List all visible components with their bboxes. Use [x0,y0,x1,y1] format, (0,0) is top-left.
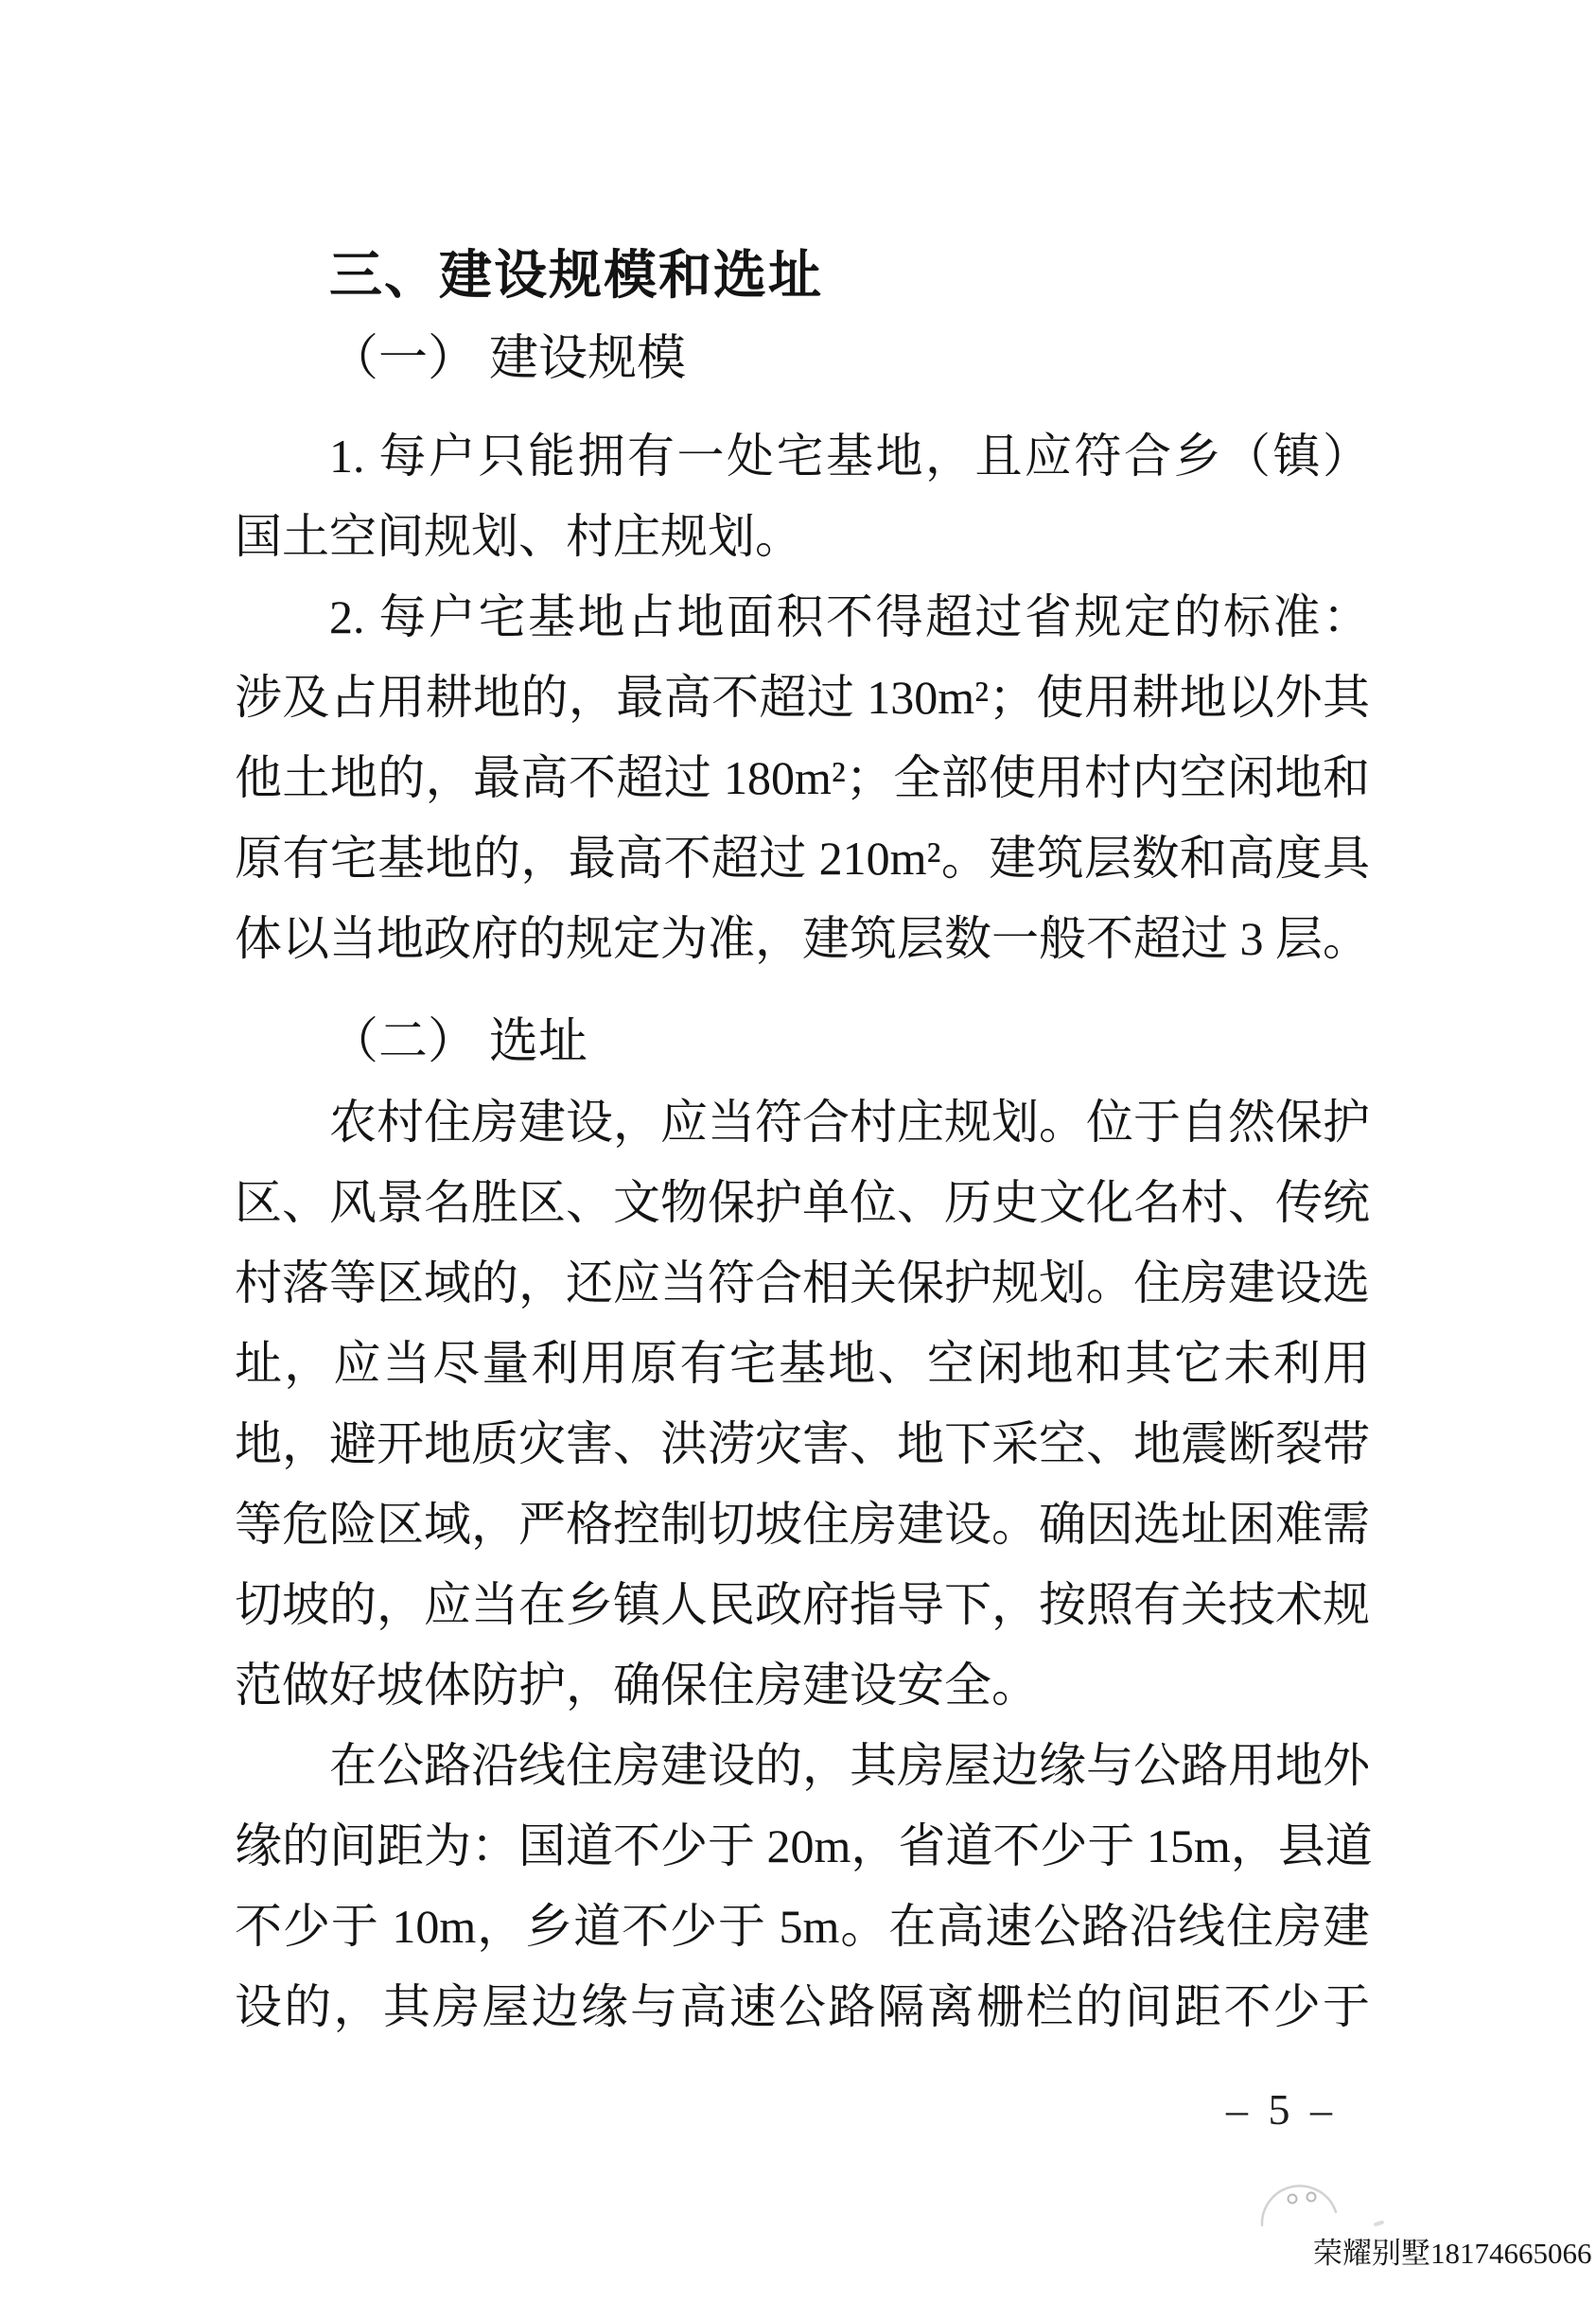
scan-speck [1374,2220,1385,2226]
text-line: 农村住房建设，应当符合村庄规划。位于自然保护 [235,1082,1370,1163]
text-line: 1. 每户只能拥有一处宅基地，且应符合乡（镇） [235,416,1370,497]
text-line: 设的，其房屋边缘与高速公路隔离栅栏的间距不少于 [235,1967,1370,2047]
text-line: 体以当地政府的规定为准，建筑层数一般不超过 3 层。 [235,899,1370,979]
text-line: 缘的间距为：国道不少于 20m，省道不少于 15m，县道 [235,1806,1370,1887]
smiley-watermark-icon [1256,2174,1343,2235]
text-line: 他土地的，最高不超过 180m²；全部使用村内空闲地和 [235,738,1370,818]
watermark-text: 荣耀别墅18174665066 [1313,2229,1592,2272]
text-block: 三、建设规模和选址 （一） 建设规模 1. 每户只能拥有一处宅基地，且应符合乡（… [235,235,1370,2047]
text-line: 范做好坡体防护，确保住房建设安全。 [235,1645,1370,1726]
text-line: 在公路沿线住房建设的，其房屋边缘与公路用地外 [235,1726,1370,1806]
document-page: 三、建设规模和选址 （一） 建设规模 1. 每户只能拥有一处宅基地，且应符合乡（… [0,0,1596,2301]
text-line: 2. 每户宅基地占地面积不得超过省规定的标准： [235,577,1370,658]
text-line: 涉及占用耕地的，最高不超过 130m²；使用耕地以外其 [235,658,1370,738]
subsection-heading-1: （一） 建设规模 [235,319,1370,399]
text-line: 切坡的，应当在乡镇人民政府指导下，按照有关技术规 [235,1565,1370,1645]
text-line: 等危险区域，严格控制切坡住房建设。确因选址困难需 [235,1484,1370,1565]
text-line: 国土空间规划、村庄规划。 [235,497,1370,577]
text-line: 不少于 10m，乡道不少于 5m。在高速公路沿线住房建 [235,1887,1370,1967]
page-number: – 5 – [1226,2084,1332,2134]
subsection-heading-2: （二） 选址 [235,1002,1370,1082]
text-line: 原有宅基地的，最高不超过 210m²。建筑层数和高度具 [235,818,1370,899]
text-line: 址，应当尽量利用原有宅基地、空闲地和其它未利用 [235,1324,1370,1404]
text-line: 地，避开地质灾害、洪涝灾害、地下采空、地震断裂带 [235,1404,1370,1484]
section-heading: 三、建设规模和选址 [235,235,1370,315]
text-line: 区、风景名胜区、文物保护单位、历史文化名村、传统 [235,1163,1370,1243]
text-line: 村落等区域的，还应当符合相关保护规划。住房建设选 [235,1243,1370,1324]
